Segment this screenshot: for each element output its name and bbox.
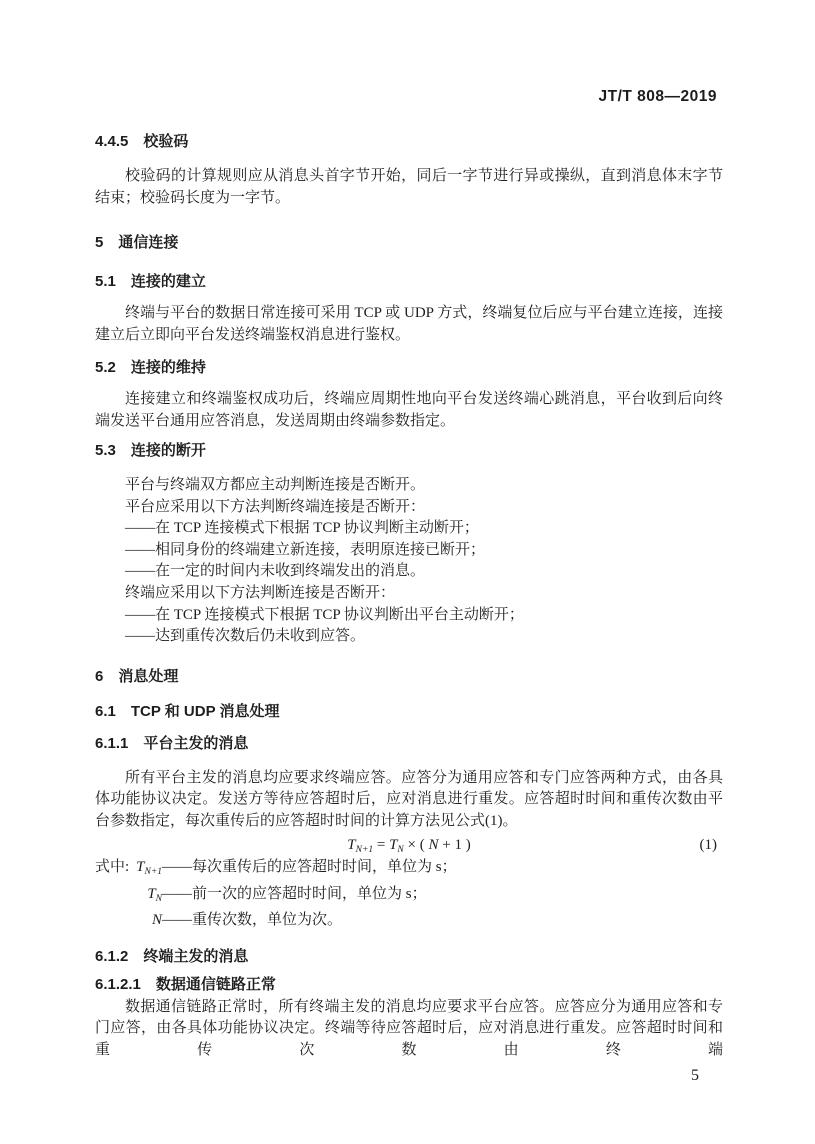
heading-6-1-2-1-link-normal: 6.1.2.1 数据通信链路正常 xyxy=(95,976,723,993)
paragraph-6-1-2-1: 数据通信链路正常时，所有终端主发的消息均应要求平台应答。应答应分为通用应答和专门… xyxy=(95,997,723,1062)
formula-legend: 式中:TN+1 —— 每次重传后的应答超时时间，单位为 s； TN —— 前一次… xyxy=(95,857,723,937)
paragraph-5-2: 连接建立和终端鉴权成功后，终端应周期性地向平台发送终端心跳消息，平台收到后向终端… xyxy=(95,389,723,432)
heading-6-message-processing: 6 消息处理 xyxy=(95,668,723,685)
line-5-3-6: 终端应采用以下方法判断连接是否断开： xyxy=(95,583,723,605)
legend-prefix: 式中: xyxy=(95,857,129,884)
formula-legend-row: TN —— 前一次的应答超时时间，单位为 s； xyxy=(95,884,723,911)
legend-var: N xyxy=(152,910,162,937)
formula-var-n: N xyxy=(428,837,438,853)
legend-var: TN+1 xyxy=(136,857,162,884)
heading-4-4-5-checksum: 4.4.5 校验码 xyxy=(95,133,723,150)
paragraph-5-1: 终端与平台的数据日常连接可采用 TCP 或 UDP 方式，终端复位后应与平台建立… xyxy=(95,303,723,346)
legend-dash: —— xyxy=(162,910,192,937)
formula-sub-n1: N+1 xyxy=(356,845,374,855)
doc-header-code: JT/T 808—2019 xyxy=(95,88,717,106)
formula-times: × ( xyxy=(404,837,429,853)
legend-desc: 重传次数，单位为次。 xyxy=(192,910,723,937)
heading-5-3-connection-disconnect: 5.3 连接的断开 xyxy=(95,442,723,459)
section-5-3-lines: 平台与终端双方都应主动判断连接是否断开。 平台应采用以下方法判断终端连接是否断开… xyxy=(95,475,723,648)
legend-var: TN xyxy=(147,884,162,911)
line-5-3-2: 平台应采用以下方法判断终端连接是否断开： xyxy=(95,497,723,519)
heading-5-1-connection-establish: 5.1 连接的建立 xyxy=(95,273,723,290)
formula-var-t1: T xyxy=(347,837,355,853)
heading-5-2-connection-maintain: 5.2 连接的维持 xyxy=(95,359,723,376)
paragraph-6-1-1: 所有平台主发的消息均应要求终端应答。应答分为通用应答和专门应答两种方式，由各具体… xyxy=(95,768,723,833)
line-5-3-1: 平台与终端双方都应主动判断连接是否断开。 xyxy=(95,475,723,497)
heading-6-1-tcp-udp-processing: 6.1 TCP 和 UDP 消息处理 xyxy=(95,703,723,720)
paragraph-4-4-5: 校验码的计算规则应从消息头首字节开始，同后一字节进行异或操纵，直到消息体末字节结… xyxy=(95,166,723,209)
formula-equals: = xyxy=(373,837,389,853)
heading-6-1-1-platform-messages: 6.1.1 平台主发的消息 xyxy=(95,735,723,752)
line-5-3-5: ——在一定的时间内未收到终端发出的消息。 xyxy=(95,561,723,583)
legend-desc: 前一次的应答超时时间，单位为 s； xyxy=(192,884,723,911)
formula-expression: TN+1 = TN × ( N + 1 ) xyxy=(347,837,470,853)
legend-desc: 每次重传后的应答超时时间，单位为 s； xyxy=(192,857,723,884)
line-5-3-4: ——相同身份的终端建立新连接，表明原连接已断开； xyxy=(95,540,723,562)
line-5-3-3: ——在 TCP 连接模式下根据 TCP 协议判断主动断开； xyxy=(95,518,723,540)
line-5-3-7: ——在 TCP 连接模式下根据 TCP 协议判断出平台主动断开； xyxy=(95,605,723,627)
formula-tail: + 1 ) xyxy=(439,837,471,853)
formula-legend-row: N —— 重传次数，单位为次。 xyxy=(95,910,723,937)
line-5-3-8: ——达到重传次数后仍未收到应答。 xyxy=(95,626,723,648)
formula-1: TN+1 = TN × ( N + 1 ) (1) xyxy=(95,835,723,855)
document-page: JT/T 808—2019 4.4.5 校验码 校验码的计算规则应从消息头首字节… xyxy=(0,0,815,1144)
heading-5-communication-connection: 5 通信连接 xyxy=(95,234,723,251)
page-number: 5 xyxy=(95,1067,723,1085)
formula-legend-row: 式中:TN+1 —— 每次重传后的应答超时时间，单位为 s； xyxy=(95,857,723,884)
legend-dash: —— xyxy=(162,884,192,911)
legend-dash: —— xyxy=(162,857,192,884)
heading-6-1-2-terminal-messages: 6.1.2 终端主发的消息 xyxy=(95,948,723,965)
formula-number: (1) xyxy=(700,835,718,855)
